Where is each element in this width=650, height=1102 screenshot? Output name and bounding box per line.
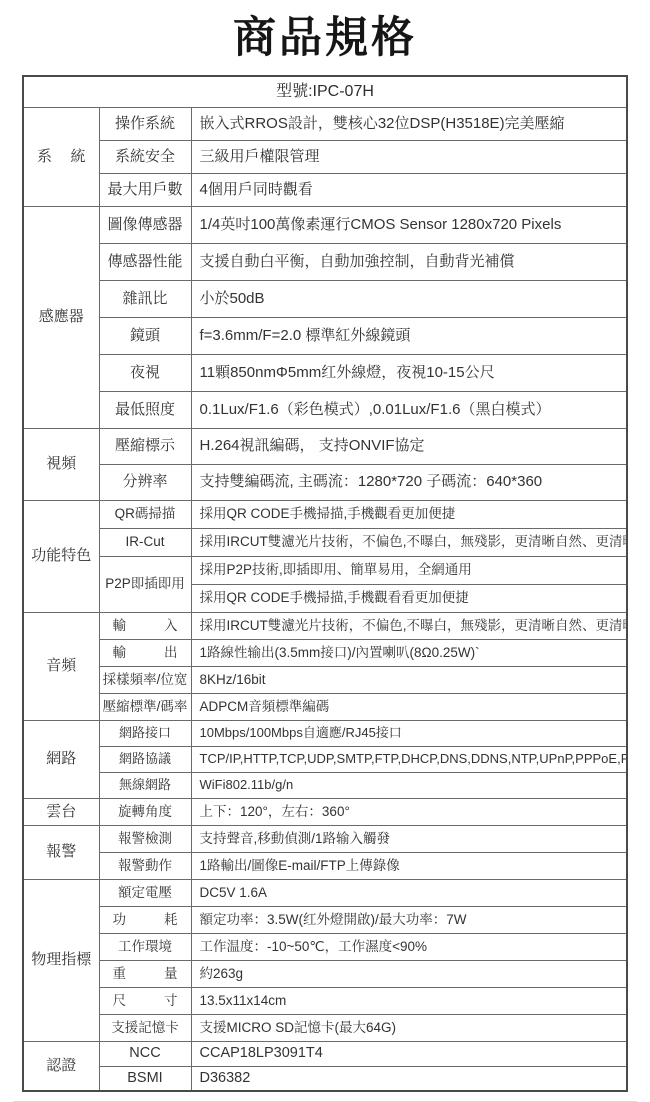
spec-label: 輸 入 [99, 612, 191, 639]
spec-value: WiFi802.11b/g/n [191, 772, 627, 798]
spec-row: IR-Cut採用IRCUT雙濾光片技術，不偏色,不曝白，無殘影，更清晰自然、更清… [23, 528, 627, 556]
spec-row: 工作環境工作温度：-10~50℃，工作濕度<90% [23, 933, 627, 960]
page-title: 商品規格 [0, 4, 650, 65]
spec-label: 功 耗 [99, 906, 191, 933]
spec-row: 支援記憶卡支援MICRO SD記憶卡(最大64G) [23, 1014, 627, 1041]
spec-table-body: 系 統操作系統嵌入式RROS設計，雙核心32位DSP(H3518E)完美壓縮系統… [23, 107, 627, 1091]
spec-value: 採用P2P技術,即插即用、簡單易用，全網通用 [191, 556, 627, 584]
spec-row: 功 耗額定功率：3.5W(红外燈開啟)/最大功率：7W [23, 906, 627, 933]
category-cell: 網路 [23, 720, 99, 798]
category-cell: 物理指標 [23, 879, 99, 1041]
spec-value: 8KHz/16bit [191, 666, 627, 693]
category-cell: 視頻 [23, 428, 99, 500]
category-cell: 感應器 [23, 206, 99, 428]
spec-value: 支援自動白平衡，自動加強控制，自動背光補償 [191, 243, 627, 280]
spec-label: 無線網路 [99, 772, 191, 798]
spec-value: 採用QR CODE手機掃描,手機觀看更加便捷 [191, 500, 627, 528]
spec-label: 鏡頭 [99, 317, 191, 354]
spec-value: H.264視訊編碼， 支持ONVIF協定 [191, 428, 627, 464]
spec-row: 最低照度0.1Lux/F1.6（彩色模式）,0.01Lux/F1.6（黑白模式） [23, 391, 627, 428]
spec-row: BSMID36382 [23, 1066, 627, 1091]
spec-row: 系統安全三級用戶權限管理 [23, 140, 627, 173]
spec-label: 操作系統 [99, 107, 191, 140]
spec-label: 傳感器性能 [99, 243, 191, 280]
spec-label: 壓縮標示 [99, 428, 191, 464]
spec-label: 旋轉角度 [99, 798, 191, 825]
spec-label: BSMI [99, 1066, 191, 1091]
spec-value: 4個用戶同時觀看 [191, 173, 627, 206]
category-cell: 功能特色 [23, 500, 99, 612]
category-cell: 音頻 [23, 612, 99, 720]
spec-label: 最低照度 [99, 391, 191, 428]
spec-row: 認證NCCCCAP18LP3091T4 [23, 1041, 627, 1066]
spec-row: 最大用戶數4個用戶同時觀看 [23, 173, 627, 206]
spec-value: 採用IRCUT雙濾光片技術，不偏色,不曝白，無殘影，更清晰自然、更清晰 [191, 612, 627, 639]
spec-row: P2P即插即用採用P2P技術,即插即用、簡單易用，全網通用 [23, 556, 627, 584]
spec-label: 壓縮標準/碼率 [99, 693, 191, 720]
spec-label: 雜訊比 [99, 280, 191, 317]
spec-value: TCP/IP,HTTP,TCP,UDP,SMTP,FTP,DHCP,DNS,DD… [191, 746, 627, 772]
spec-value: 1路線性输出(3.5mm接口)/內置喇叭(8Ω0.25W)` [191, 639, 627, 666]
spec-label: 最大用戶數 [99, 173, 191, 206]
spec-row: 分辨率支持雙編碼流, 主碼流：1280*720 子碼流：640*360 [23, 464, 627, 500]
spec-value: 13.5x11x14cm [191, 987, 627, 1014]
spec-label: IR-Cut [99, 528, 191, 556]
spec-row: 視頻壓縮標示H.264視訊編碼， 支持ONVIF協定 [23, 428, 627, 464]
spec-row: 壓縮標準/碼率ADPCM音頻標準編碼 [23, 693, 627, 720]
spec-value: 0.1Lux/F1.6（彩色模式）,0.01Lux/F1.6（黑白模式） [191, 391, 627, 428]
spec-label: 採樣頻率/位宽 [99, 666, 191, 693]
spec-value: 11顆850nmΦ5mm红外線燈，夜視10-15公尺 [191, 354, 627, 391]
category-cell: 認證 [23, 1041, 99, 1091]
spec-label: QR碼掃描 [99, 500, 191, 528]
spec-row: 網路協議TCP/IP,HTTP,TCP,UDP,SMTP,FTP,DHCP,DN… [23, 746, 627, 772]
spec-row: 夜視11顆850nmΦ5mm红外線燈，夜視10-15公尺 [23, 354, 627, 391]
spec-row: 鏡頭f=3.6mm/F=2.0 標準紅外線鏡頭 [23, 317, 627, 354]
spec-row: 輸 出1路線性输出(3.5mm接口)/內置喇叭(8Ω0.25W)` [23, 639, 627, 666]
category-cell: 雲台 [23, 798, 99, 825]
spec-value: 採用QR CODE手機掃描,手機觀看看更加便捷 [191, 584, 627, 612]
spec-label: 系統安全 [99, 140, 191, 173]
spec-label: 尺 寸 [99, 987, 191, 1014]
spec-row: 雜訊比小於50dB [23, 280, 627, 317]
spec-value: D36382 [191, 1066, 627, 1091]
spec-row: 報警報警檢測支持聲音,移動偵測/1路输入觸發 [23, 825, 627, 852]
spec-value: 支援MICRO SD記憶卡(最大64G) [191, 1014, 627, 1041]
spec-value: DC5V 1.6A [191, 879, 627, 906]
spec-label: 輸 出 [99, 639, 191, 666]
spec-value: 上下：120°，左右：360° [191, 798, 627, 825]
spec-row: 報警動作1路輸出/圖像E-mail/FTP上傳錄像 [23, 852, 627, 879]
spec-value: 10Mbps/100Mbps自適應/RJ45接口 [191, 720, 627, 746]
spec-label: 分辨率 [99, 464, 191, 500]
spec-row: 尺 寸13.5x11x14cm [23, 987, 627, 1014]
spec-row: 功能特色QR碼掃描採用QR CODE手機掃描,手機觀看更加便捷 [23, 500, 627, 528]
spec-table: 型號:IPC-07H 系 統操作系統嵌入式RROS設計，雙核心32位DSP(H3… [22, 75, 628, 1092]
spec-row: 音頻輸 入採用IRCUT雙濾光片技術，不偏色,不曝白，無殘影，更清晰自然、更清晰 [23, 612, 627, 639]
spec-value: 工作温度：-10~50℃，工作濕度<90% [191, 933, 627, 960]
spec-label: 圖像傳感器 [99, 206, 191, 243]
category-cell: 報警 [23, 825, 99, 879]
spec-label: 網路接口 [99, 720, 191, 746]
spec-label: 網路協議 [99, 746, 191, 772]
model-row: 型號:IPC-07H [23, 76, 627, 107]
spec-row: 採樣頻率/位宽8KHz/16bit [23, 666, 627, 693]
spec-row: 傳感器性能支援自動白平衡，自動加強控制，自動背光補償 [23, 243, 627, 280]
spec-label: 報警檢測 [99, 825, 191, 852]
spec-value: CCAP18LP3091T4 [191, 1041, 627, 1066]
spec-value: 採用IRCUT雙濾光片技術，不偏色,不曝白，無殘影，更清晰自然、更清晰 [191, 528, 627, 556]
spec-value: 支持聲音,移動偵測/1路输入觸發 [191, 825, 627, 852]
spec-label: 重 量 [99, 960, 191, 987]
spec-value: ADPCM音頻標準編碼 [191, 693, 627, 720]
category-cell: 系 統 [23, 107, 99, 206]
spec-value: 小於50dB [191, 280, 627, 317]
spec-label: 額定電壓 [99, 879, 191, 906]
spec-value: 1/4英吋100萬像素運行CMOS Sensor 1280x720 Pixels [191, 206, 627, 243]
spec-label: 報警動作 [99, 852, 191, 879]
spec-value: 額定功率：3.5W(红外燈開啟)/最大功率：7W [191, 906, 627, 933]
spec-value: 約263g [191, 960, 627, 987]
spec-label: 支援記憶卡 [99, 1014, 191, 1041]
spec-row: 重 量約263g [23, 960, 627, 987]
spec-row: 物理指標額定電壓DC5V 1.6A [23, 879, 627, 906]
spec-row: 無線網路WiFi802.11b/g/n [23, 772, 627, 798]
spec-label: P2P即插即用 [99, 556, 191, 612]
spec-row: 系 統操作系統嵌入式RROS設計，雙核心32位DSP(H3518E)完美壓縮 [23, 107, 627, 140]
spec-value: f=3.6mm/F=2.0 標準紅外線鏡頭 [191, 317, 627, 354]
spec-row: 網路網路接口10Mbps/100Mbps自適應/RJ45接口 [23, 720, 627, 746]
spec-value: 支持雙編碼流, 主碼流：1280*720 子碼流：640*360 [191, 464, 627, 500]
spec-label: NCC [99, 1041, 191, 1066]
spec-label: 工作環境 [99, 933, 191, 960]
spec-row: 感應器圖像傳感器1/4英吋100萬像素運行CMOS Sensor 1280x72… [23, 206, 627, 243]
spec-value: 1路輸出/圖像E-mail/FTP上傳錄像 [191, 852, 627, 879]
spec-value: 嵌入式RROS設計，雙核心32位DSP(H3518E)完美壓縮 [191, 107, 627, 140]
spec-label: 夜視 [99, 354, 191, 391]
model-header: 型號:IPC-07H [23, 76, 627, 107]
spec-value: 三級用戶權限管理 [191, 140, 627, 173]
spec-row: 雲台旋轉角度上下：120°，左右：360° [23, 798, 627, 825]
